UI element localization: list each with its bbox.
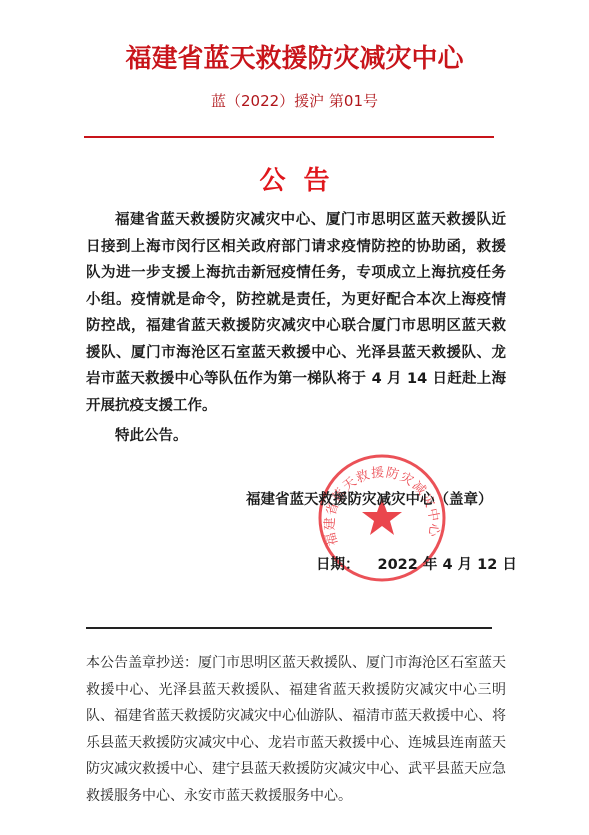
date-label: 日期：	[316, 557, 360, 573]
document-number: 蓝（2022）援沪 第01号	[0, 90, 589, 111]
date-value: 2022 年 4 月 12 日	[378, 557, 517, 573]
notice-body: 福建省蓝天救援防灾减灾中心、厦门市思明区蓝天救援队近日接到上海市闵行区相关政府部…	[86, 207, 506, 419]
org-title: 福建省蓝天救援防灾减灾中心	[0, 38, 589, 75]
signature-org: 福建省蓝天救援防灾减灾中心（盖章）	[246, 488, 493, 509]
black-divider	[86, 627, 492, 629]
notice-paragraph: 福建省蓝天救援防灾减灾中心、厦门市思明区蓝天救援队近日接到上海市闵行区相关政府部…	[86, 207, 506, 419]
cc-list: 本公告盖章抄送：厦门市思明区蓝天救援队、厦门市海沧区石室蓝天救援中心、光泽县蓝天…	[86, 650, 506, 809]
closing-remark: 特此公告。	[115, 424, 188, 445]
signature-date: 日期：2022 年 4 月 12 日	[316, 553, 517, 574]
notice-title: 公告	[0, 160, 589, 197]
red-divider	[84, 136, 494, 138]
